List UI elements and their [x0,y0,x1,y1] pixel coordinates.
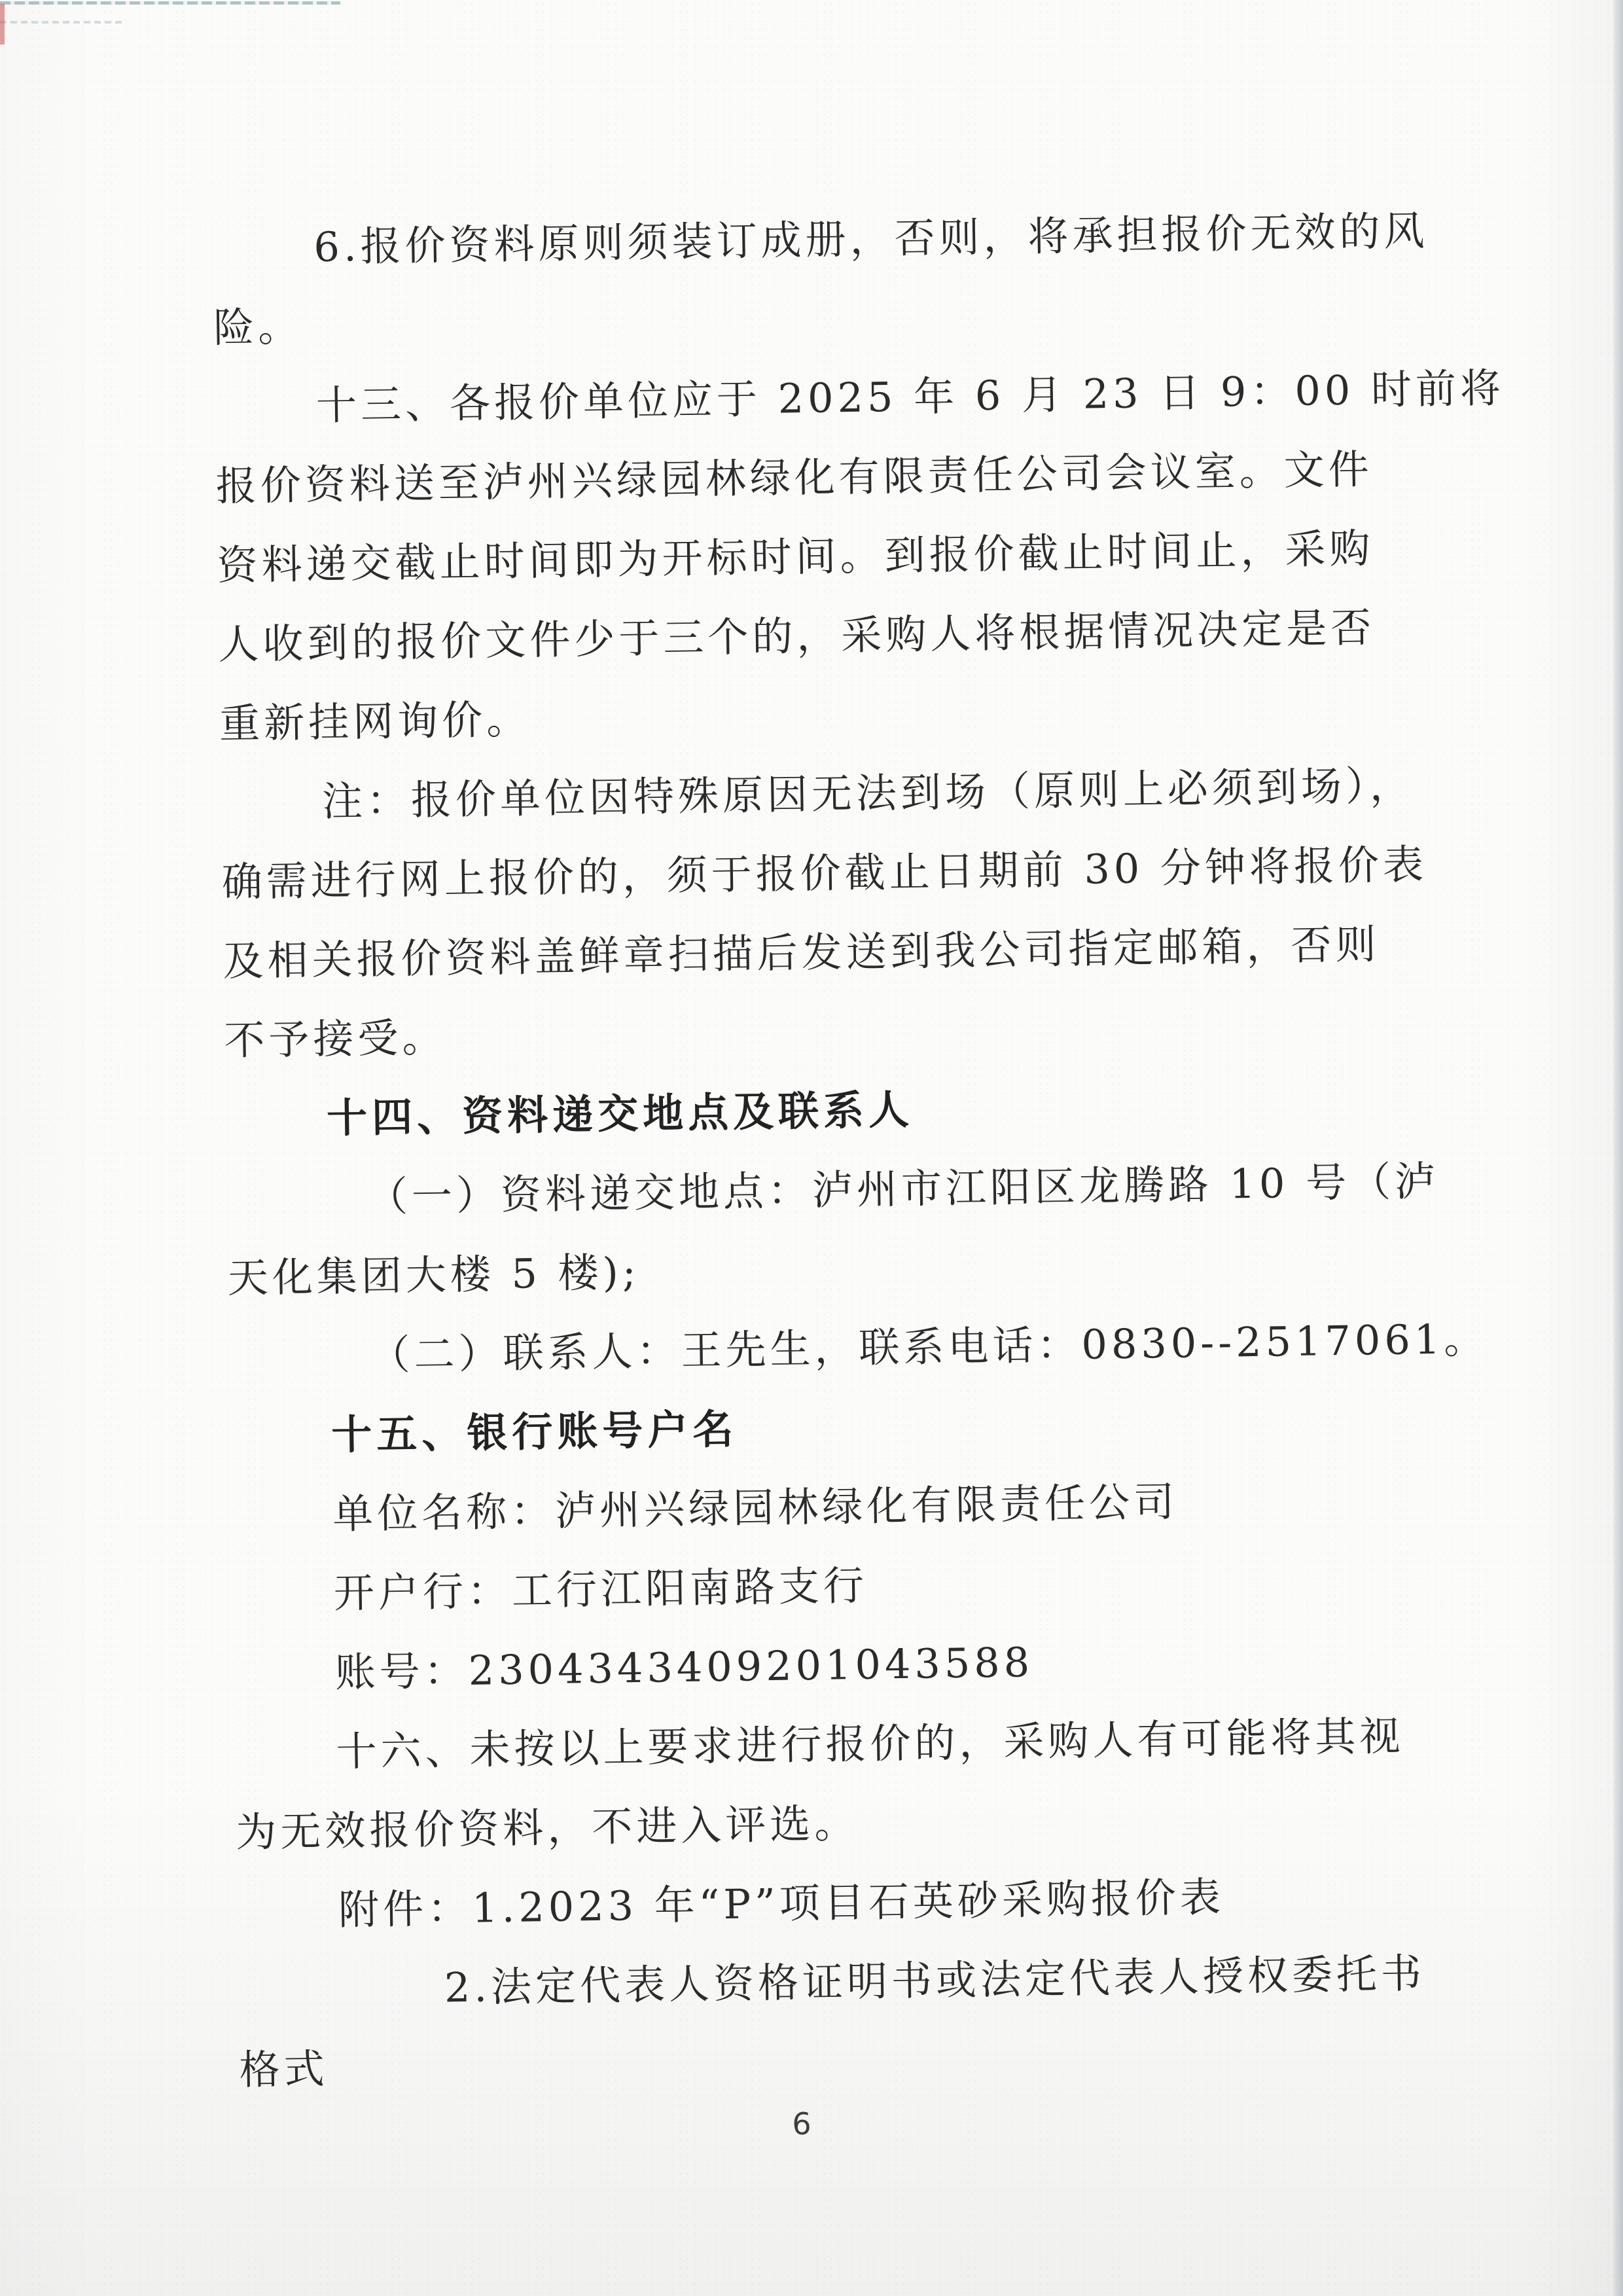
scanned-document-page: 6.报价资料原则须装订成册，否则，将承担报价无效的风险。十三、各报价单位应于 2… [0,0,1623,2296]
scanner-artifact-top-line [0,1,340,5]
scanner-artifact-right-edge [1613,0,1623,2296]
page-number: 6 [0,2106,1603,2142]
scanner-artifact-top-line2 [0,21,124,24]
document-body-text: 6.报价资料原则须装订成册，否则，将承担报价无效的风险。十三、各报价单位应于 2… [202,192,1418,2110]
text-line-24: 格式 [229,2013,1418,2109]
scanner-artifact-red-mark [0,4,5,45]
